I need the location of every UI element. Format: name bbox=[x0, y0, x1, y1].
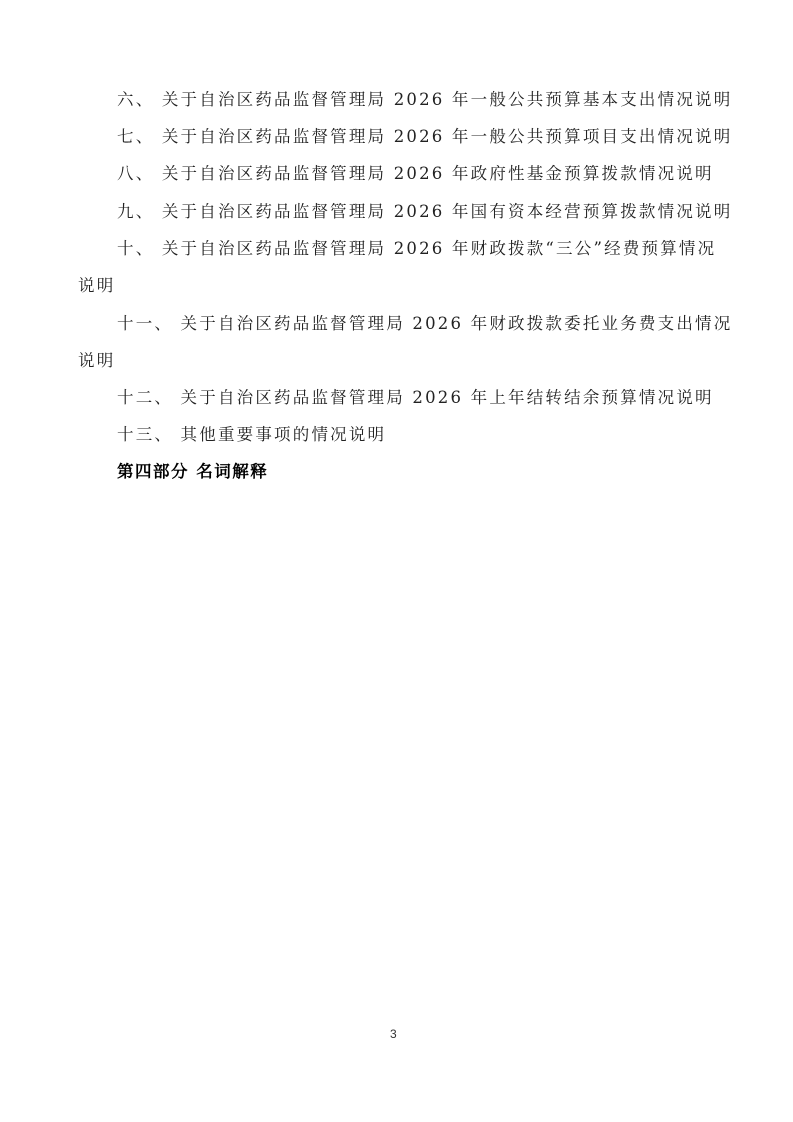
toc-item-10: 十、 关于自治区药品监督管理局 2026 年财政拨款“三公”经费预算情况 bbox=[117, 239, 716, 259]
toc-item-7: 七、 关于自治区药品监督管理局 2026 年一般公共预算项目支出情况说明 bbox=[117, 127, 732, 147]
toc-item-10-continuation: 说明 bbox=[78, 276, 115, 296]
toc-item-6: 六、 关于自治区药品监督管理局 2026 年一般公共预算基本支出情况说明 bbox=[117, 90, 732, 110]
page-number: 3 bbox=[390, 1027, 397, 1041]
toc-item-11-continuation: 说明 bbox=[78, 351, 115, 371]
toc-item-11: 十一、 关于自治区药品监督管理局 2026 年财政拨款委托业务费支出情况 bbox=[117, 314, 732, 334]
toc-item-8: 八、 关于自治区药品监督管理局 2026 年政府性基金预算拨款情况说明 bbox=[117, 164, 714, 184]
toc-item-9: 九、 关于自治区药品监督管理局 2026 年国有资本经营预算拨款情况说明 bbox=[117, 202, 732, 222]
toc-item-13: 十三、 其他重要事项的情况说明 bbox=[117, 425, 386, 445]
toc-item-12: 十二、 关于自治区药品监督管理局 2026 年上年结转结余预算情况说明 bbox=[117, 388, 714, 408]
document-page: 六、 关于自治区药品监督管理局 2026 年一般公共预算基本支出情况说明 七、 … bbox=[0, 0, 793, 1122]
section-heading-part-4: 第四部分 名词解释 bbox=[117, 462, 268, 482]
